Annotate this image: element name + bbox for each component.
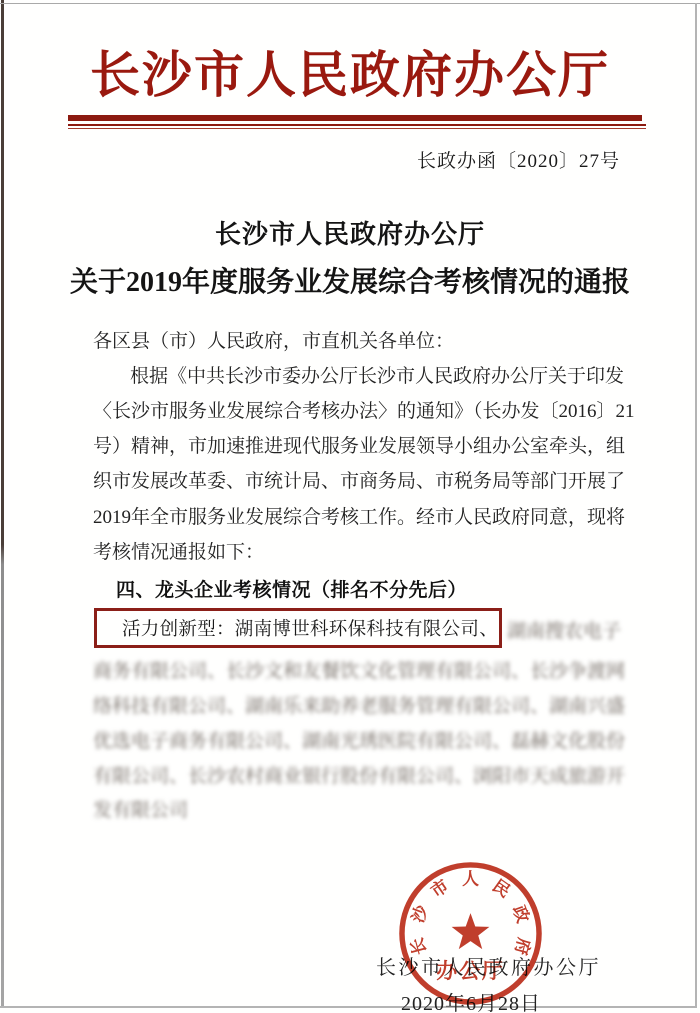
blurred-text-after-box: 湖南搜农电子 — [507, 616, 621, 643]
scan-edge-top — [0, 3, 700, 4]
letterhead-rule-thin — [68, 124, 646, 126]
blurred-company-line: 商务有限公司、长沙文和友餐饮文化管理有限公司、长沙争渡网 — [93, 660, 623, 684]
highlighted-company-text: 活力创新型：湖南博世科环保科技有限公司、 — [97, 615, 498, 641]
scan-edge-right — [695, 3, 697, 1008]
scan-edge-left — [1, 0, 4, 1008]
seal-arc-char: 府 — [511, 936, 535, 958]
blurred-company-line: 有限公司、长沙农村商业银行股份有限公司、浏阳市天成旅游开 — [93, 765, 623, 789]
seal-arc-char: 沙 — [407, 902, 432, 926]
blurred-company-line: 络科技有限公司、湖南乐来助养老服务管理有限公司、湖南兴盛 — [93, 695, 623, 719]
body-line: 〈长沙市服务业发展综合考核办法〉的通知》（长办发〔2016〕21 — [93, 400, 623, 424]
letterhead-rule-thin2 — [68, 128, 646, 129]
seal-arc-char: 人 — [462, 869, 479, 888]
seal-star-icon — [452, 913, 490, 949]
body-line: 根据《中共长沙市委办公厅长沙市人民政府办公厅关于印发 — [93, 365, 660, 389]
salutation-line: 各区县（市）人民政府，市直机关各单位： — [93, 330, 623, 354]
section-heading: 四、龙头企业考核情况（排名不分先后） — [93, 579, 646, 603]
seal-arc-char: 政 — [509, 903, 534, 926]
seal-arc-char: 长 — [406, 936, 430, 958]
notice-title-line2: 关于2019年度服务业发展综合考核情况的通报 — [0, 260, 700, 300]
official-seal: 长 沙 市 人 民 政 府 办公厅 — [396, 858, 545, 1007]
body-closing-line: 考核情况通报如下： — [93, 541, 623, 565]
notice-title-line1: 长沙市人民政府办公厅 — [0, 214, 700, 251]
letterhead-agency-title: 长沙市人民政府办公厅 — [0, 48, 700, 102]
blurred-company-line: 优选电子商务有限公司、湖南光琇医院有限公司、磊赫文化股份 — [93, 730, 623, 754]
body-line: 号）精神，市加速推进现代服务业发展领导小组办公室牵头，组 — [93, 435, 623, 459]
scan-edge-bottom — [0, 1006, 697, 1008]
seal-center-text: 办公厅 — [436, 959, 505, 983]
highlight-box: 活力创新型：湖南博世科环保科技有限公司、 — [94, 608, 502, 648]
body-line: 织市发展改革委、市统计局、市商务局、市税务局等部门开展了 — [93, 470, 623, 494]
letterhead-rule-thick — [68, 115, 642, 121]
body-line: 2019年全市服务业发展综合考核工作。经市人民政府同意，现将 — [93, 506, 623, 530]
blurred-company-line: 发有限公司 — [93, 799, 623, 823]
document-page: 长沙市人民政府办公厅 长政办函〔2020〕27号 长沙市人民政府办公厅 关于20… — [0, 0, 700, 1013]
document-number: 长政办函〔2020〕27号 — [200, 146, 620, 173]
